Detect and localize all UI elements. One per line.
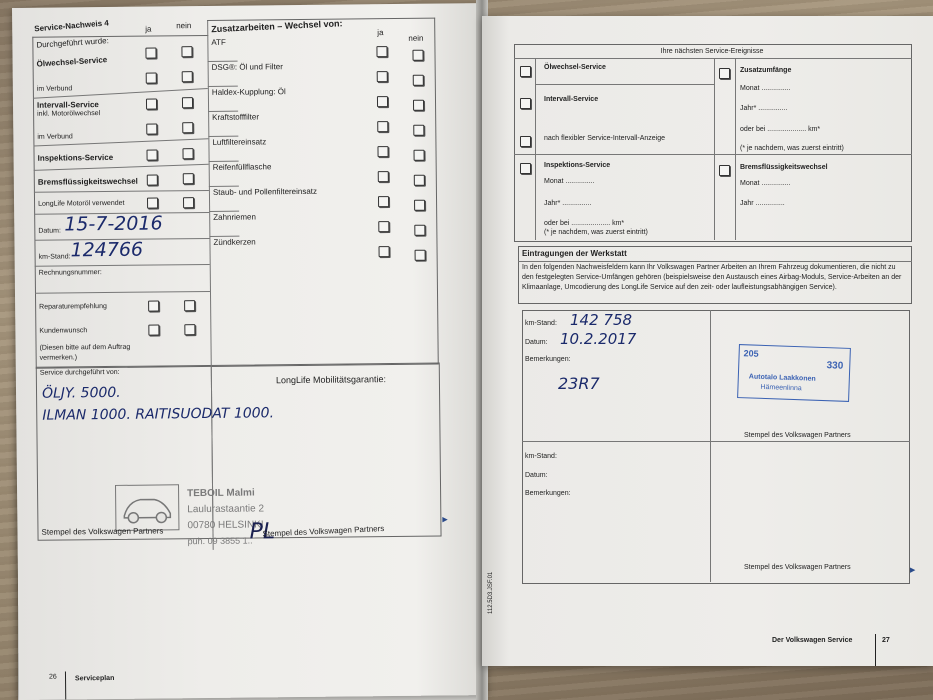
teboil-stamp-name: TEBOIL Malmi xyxy=(187,487,255,499)
next-extras-month: Monat ............... xyxy=(740,85,791,92)
checkbox-extra-no[interactable] xyxy=(414,225,425,236)
checkbox-extra-yes[interactable] xyxy=(377,146,388,157)
workshop-entries-box xyxy=(522,310,910,584)
checkbox-customer-no[interactable] xyxy=(184,324,195,335)
checkbox-interval-bundle-yes[interactable] xyxy=(146,123,157,134)
workshop-text: In den folgenden Nachweisfeldern kann Ih… xyxy=(522,263,904,293)
next-inspection-label: Inspektions-Service xyxy=(544,162,610,169)
checkbox-extra-yes[interactable] xyxy=(377,96,388,107)
stamp-right-number: 330 xyxy=(826,360,843,372)
next-extras-km: oder bei .................... km* xyxy=(740,126,820,133)
entry1-date-value: 10.2.2017 xyxy=(560,330,636,348)
checkbox-next-interval[interactable] xyxy=(520,98,531,109)
stamp-label-left: Stempel des Volkswagen Partners xyxy=(41,526,163,536)
checkbox-extra-yes[interactable] xyxy=(376,46,387,57)
extra-item-label: Reifenfüllflasche xyxy=(213,162,272,172)
customer-note: (Diesen bitte auf dem Auftrag vermerken.… xyxy=(40,342,160,363)
repair-recommendation-label: Reparaturempfehlung xyxy=(39,303,107,311)
extra-item-label: Staub- und Pollenfiltereinsatz xyxy=(213,187,317,197)
checkbox-extra-no[interactable] xyxy=(413,100,424,111)
checkbox-extra-no[interactable] xyxy=(415,250,426,261)
checkbox-oil-bundle-no[interactable] xyxy=(182,71,193,82)
service-interval-note: inkl. Motorölwechsel xyxy=(37,110,100,118)
checkbox-customer-yes[interactable] xyxy=(148,324,159,335)
next-oil-label: Ölwechsel-Service xyxy=(544,64,606,71)
next-brake-label: Bremsflüssigkeitswechsel xyxy=(740,164,828,171)
performed-by-line1: ÖLJY. 5000. xyxy=(42,385,121,402)
checkbox-extra-no[interactable] xyxy=(413,125,424,136)
longlife-oil-label: LongLife Motoröl verwendet xyxy=(38,200,124,208)
checkbox-extra-yes[interactable] xyxy=(378,221,389,232)
right-page: Ihre nächsten Service-Ereignisse Ölwechs… xyxy=(482,16,933,666)
checkbox-longlife-no[interactable] xyxy=(183,197,194,208)
checkbox-next-oil[interactable] xyxy=(520,66,531,77)
checkbox-repair-no[interactable] xyxy=(184,300,195,311)
service-interval-sub: im Verbund xyxy=(37,133,72,140)
entry1-remarks-value: 23R7 xyxy=(558,374,600,393)
extra-item-label: Kraftstofffilter xyxy=(212,112,259,121)
performed-by-label: Service durchgeführt von: xyxy=(40,369,120,377)
col-yes-header: ja xyxy=(145,25,151,34)
checkbox-extra-no[interactable] xyxy=(412,50,423,61)
next-extras-label: Zusatzumfänge xyxy=(740,67,791,74)
entry2-date-label: Datum: xyxy=(525,472,548,479)
next-events-table xyxy=(514,44,912,242)
entry1-remarks-label: Bemerkungen: xyxy=(525,356,571,363)
right-footer-title: Der Volkswagen Service xyxy=(772,637,852,644)
next-page-arrow-icon: ▶ xyxy=(442,515,447,523)
km-value: 124766 xyxy=(70,239,143,262)
checkbox-interval-no[interactable] xyxy=(182,97,193,108)
entry1-date-label: Datum: xyxy=(525,339,548,346)
checkbox-extra-yes[interactable] xyxy=(377,121,388,132)
km-label: km-Stand: xyxy=(39,253,71,260)
stamp-left-number: 205 xyxy=(743,348,758,359)
teboil-stamp-logo xyxy=(115,484,179,531)
checkbox-inspection-no[interactable] xyxy=(182,148,193,159)
next-inspection-year: Jahr* ............... xyxy=(544,200,591,207)
date-label: Datum: xyxy=(38,228,61,235)
service-interval-label: Intervall-Service xyxy=(37,100,99,110)
extra-col-yes: ja xyxy=(377,28,383,37)
laakkonen-stamp: 205 330 Autotalo Laakkonen Hämeenlinna xyxy=(737,344,851,402)
checkbox-brake-no[interactable] xyxy=(183,173,194,184)
checkbox-brake-yes[interactable] xyxy=(147,174,158,185)
next-interval-label: Intervall-Service xyxy=(544,96,598,103)
checkbox-next-brake[interactable] xyxy=(719,165,730,176)
next-brake-month: Monat ............... xyxy=(740,180,791,187)
entry1-stamp-label: Stempel des Volkswagen Partners xyxy=(744,432,851,439)
next-inspection-whichever: (* je nachdem, was zuerst eintritt) xyxy=(544,229,648,236)
stamp-company: Autotalo Laakkonen xyxy=(749,373,816,382)
performed-by-line2: ILMAN 1000. RAITISUODAT 1000. xyxy=(42,405,274,423)
mobility-guarantee-label: LongLife Mobilitätsgarantie: xyxy=(276,374,386,385)
checkbox-extra-no[interactable] xyxy=(414,200,425,211)
col-no-header: nein xyxy=(176,21,191,30)
checkbox-repair-yes[interactable] xyxy=(148,300,159,311)
next-flex-label: nach flexibler Service-Intervall-Anzeige xyxy=(544,135,665,142)
entry2-remarks-label: Bemerkungen: xyxy=(525,490,571,497)
next-brake-year: Jahr ............... xyxy=(740,200,785,207)
right-page-number: 27 xyxy=(882,637,890,644)
left-page-number: 26 xyxy=(49,674,57,681)
next-page-arrow-icon: ▶ xyxy=(910,566,915,574)
checkbox-interval-bundle-no[interactable] xyxy=(182,122,193,133)
service-brake-label: Bremsflüssigkeitswechsel xyxy=(38,177,138,187)
checkbox-extra-yes[interactable] xyxy=(379,246,390,257)
left-page: Service-Nachweis 4 ja nein Durchgeführt … xyxy=(12,3,487,700)
checkbox-next-extras[interactable] xyxy=(719,68,730,79)
extra-item-label: ATF xyxy=(211,38,226,47)
checkbox-extra-no[interactable] xyxy=(414,150,425,161)
checkbox-interval-yes[interactable] xyxy=(146,98,157,109)
checkbox-oil-bundle-yes[interactable] xyxy=(146,72,157,83)
side-code: 112.5D3.JSF.01 xyxy=(488,572,494,614)
checkbox-longlife-yes[interactable] xyxy=(147,197,158,208)
extra-item-label: Luftfiltereinsatz xyxy=(212,137,266,147)
entry1-km-label: km-Stand: xyxy=(525,320,557,327)
checkbox-oil-no[interactable] xyxy=(181,46,192,57)
workshop-title: Eintragungen der Werkstatt xyxy=(522,249,627,258)
extra-item-label: DSG®: Öl und Filter xyxy=(212,62,283,72)
extra-item-label: Zahnriemen xyxy=(213,212,256,221)
car-icon xyxy=(116,485,178,530)
entry2-stamp-label: Stempel des Volkswagen Partners xyxy=(744,564,851,571)
next-extras-year: Jahr* ............... xyxy=(740,105,787,112)
next-extras-whichever: (* je nachdem, was zuerst eintritt) xyxy=(740,145,844,152)
extra-item-label: Zündkerzen xyxy=(213,237,255,246)
checkbox-next-inspection[interactable] xyxy=(520,163,531,174)
next-inspection-km: oder bei .................... km* xyxy=(544,220,624,227)
checkbox-next-flex[interactable] xyxy=(520,136,531,147)
left-footer-title: Serviceplan xyxy=(75,675,114,682)
checkbox-extra-yes[interactable] xyxy=(377,71,388,82)
entry1-km-value: 142 758 xyxy=(570,311,632,329)
teboil-stamp-phone: puh. 09 3855 1.. xyxy=(188,536,253,547)
checkbox-extra-yes[interactable] xyxy=(378,196,389,207)
entry2-km-label: km-Stand: xyxy=(525,453,557,460)
teboil-stamp-street: Laulurastaantie 2 xyxy=(187,503,264,515)
date-value: 15-7-2016 xyxy=(64,212,163,235)
checkbox-extra-no[interactable] xyxy=(413,75,424,86)
next-inspection-month: Monat ............... xyxy=(544,178,595,185)
checkbox-extra-no[interactable] xyxy=(414,175,425,186)
service-oil-sub: im Verbund xyxy=(37,85,72,92)
extra-col-no: nein xyxy=(408,34,423,43)
service-inspection-label: Inspektions-Service xyxy=(38,153,114,163)
checkbox-inspection-yes[interactable] xyxy=(146,149,157,160)
checkbox-oil-yes[interactable] xyxy=(145,47,156,58)
extra-item-label: Haldex-Kupplung: Öl xyxy=(212,87,286,97)
next-events-title: Ihre nächsten Service-Ereignisse xyxy=(514,48,910,55)
customer-request-label: Kundenwunsch xyxy=(39,327,87,335)
checkbox-extra-yes[interactable] xyxy=(378,171,389,182)
invoice-label: Rechnungsnummer: xyxy=(39,269,102,277)
stamp-city: Hämeenlinna xyxy=(760,384,801,392)
